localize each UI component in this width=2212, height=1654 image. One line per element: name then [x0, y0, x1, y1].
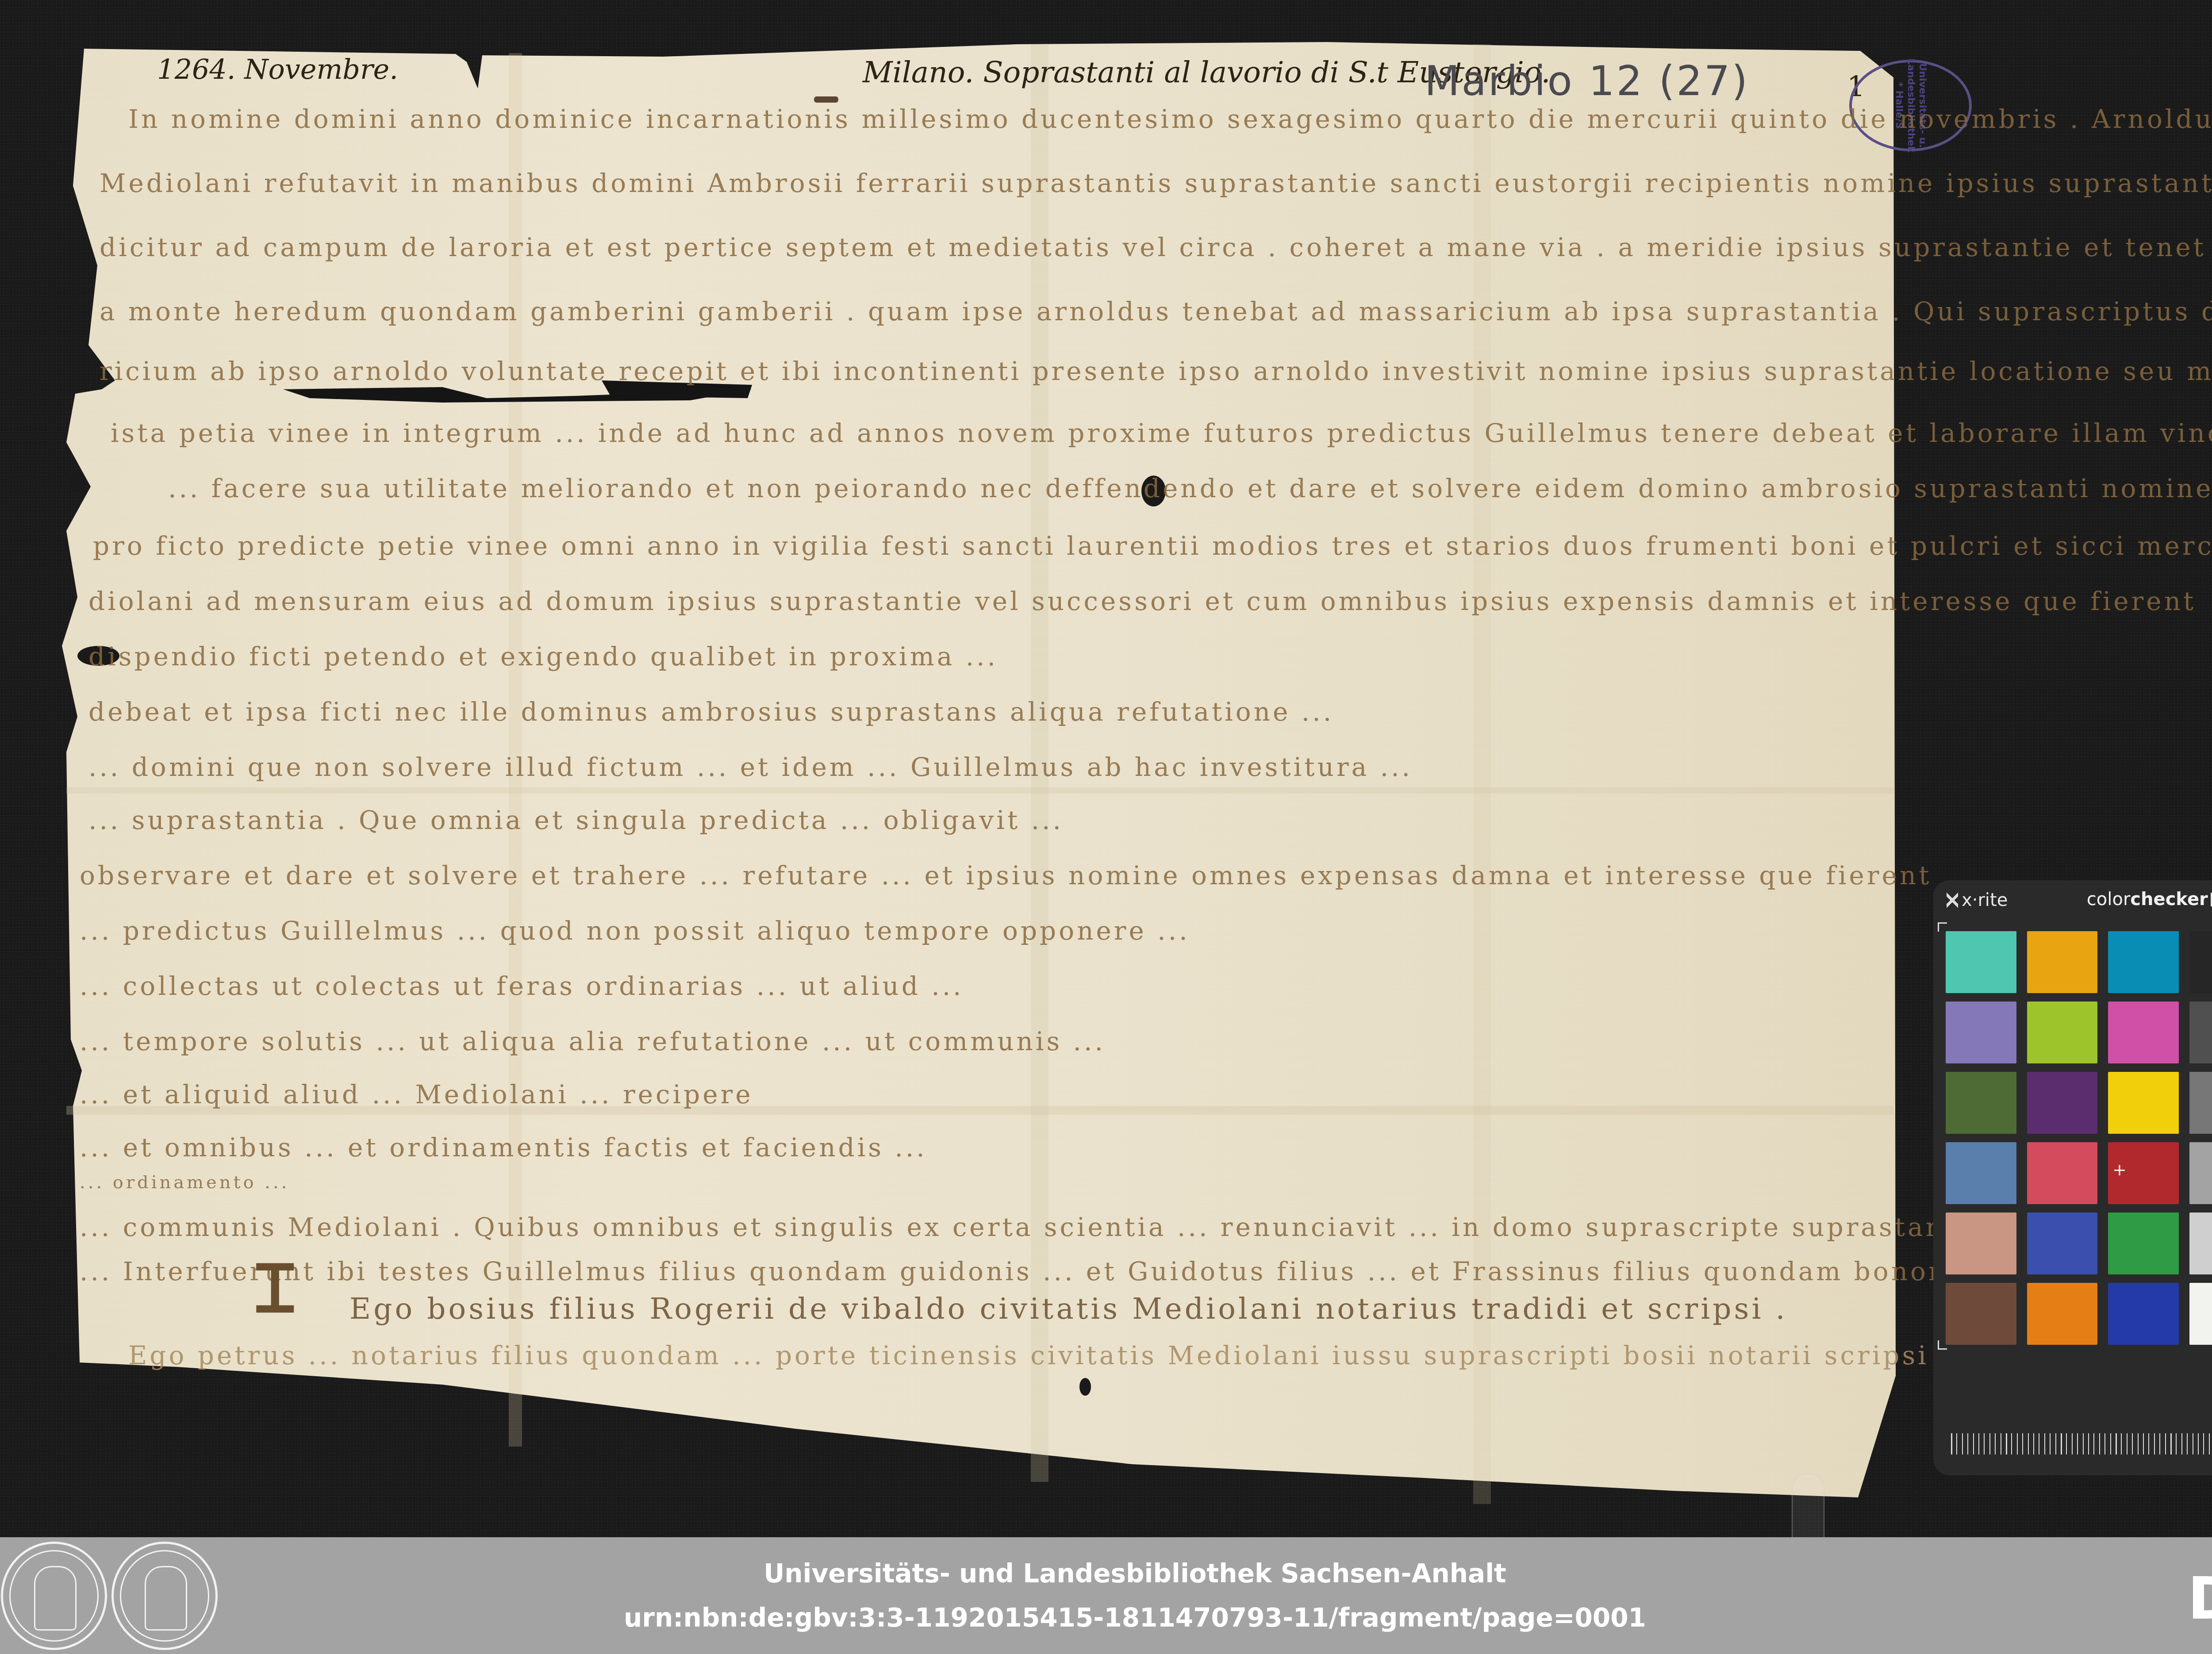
- swatch-dark-skin: [1946, 1283, 2016, 1345]
- swatch-neutral-3.5: [2189, 1002, 2212, 1063]
- university-seal-halle-icon: [1, 1542, 107, 1650]
- charter-line: ricium ab ipso arnoldo voluntate recepit…: [100, 356, 2212, 386]
- footer-bar: Universitäts- und Landesbibliothek Sachs…: [0, 1537, 2212, 1654]
- swatch-black: [2189, 931, 2212, 993]
- charter-line: ... domini que non solvere illud fictum …: [88, 752, 1413, 782]
- swatch-green: [2108, 1213, 2179, 1274]
- charter-line: ... Interfuerunt ibi testes Guillelmus f…: [80, 1256, 2212, 1286]
- charter-line: ... communis Mediolani . Quibus omnibus …: [80, 1212, 2212, 1242]
- title-bold: checker: [2130, 889, 2208, 910]
- archival-date-note: 1264. Novembre.: [157, 53, 398, 85]
- university-seal-wittenberg-icon: [111, 1542, 218, 1650]
- dfg-logo: DFG: [2188, 1565, 2212, 1633]
- notary-subscription: Ego bosius filius Rogerii de vibaldo civ…: [349, 1292, 1788, 1326]
- charter-line: ... collectas ut colectas ut feras ordin…: [80, 971, 964, 1001]
- charter-line: In nomine domini anno dominice incarnati…: [128, 104, 2212, 134]
- parchment-document: 1264. Novembre. Milano. Soprastanti al l…: [0, 0, 2212, 1537]
- swatch-magenta: [2108, 1002, 2179, 1063]
- charter-line: ... suprastantia . Que omnia et singula …: [88, 805, 1064, 835]
- xrite-logo: x·rite: [1947, 890, 2008, 910]
- swatch-blue-flower: [1946, 1002, 2016, 1063]
- charter-line: ... et omnibus ... et ordinamentis facti…: [80, 1132, 927, 1163]
- swatch-neutral-8: [2189, 1213, 2212, 1274]
- charter-line: observare et dare et solvere et trahere …: [80, 860, 1975, 890]
- crosshair-icon: +: [2112, 1161, 2127, 1178]
- transparent-clip: [1792, 1473, 1824, 1538]
- charter-line: diolani ad mensuram eius ad domum ipsius…: [88, 586, 2196, 616]
- charter-line: Mediolani refutavit in manibus domini Am…: [100, 168, 2212, 198]
- swatch-white: [2189, 1283, 2212, 1345]
- parchment-hole: [69, 473, 86, 491]
- swatch-blue-sky: [1946, 1142, 2016, 1204]
- swatch-light-skin: [1946, 1213, 2016, 1274]
- institution-name: Universitäts- und Landesbibliothek Sachs…: [0, 1558, 2212, 1589]
- swatch-neutral-6.5: [2189, 1142, 2212, 1204]
- swatch-yellow-green: [2027, 1002, 2098, 1063]
- shelfmark-note: Marbio 12 (27): [1425, 58, 1749, 105]
- swatch-foliage: [1946, 1072, 2016, 1134]
- charter-line: ... et aliquid aliud ... Mediolani ... r…: [80, 1079, 753, 1109]
- swatch-blue-primary: [2108, 1283, 2179, 1345]
- charter-line: ... predictus Guillelmus ... quod non po…: [80, 916, 1190, 946]
- swatch-grid: [1946, 931, 2212, 1345]
- mm-ruler: [1951, 1433, 2212, 1454]
- color-checker-card: x·rite colorcheckerCLASSIC + mm: [1933, 880, 2212, 1475]
- swatch-blue: [2027, 1213, 2098, 1274]
- charter-line: debeat et ipsa ficti nec ille dominus am…: [88, 697, 1334, 727]
- swatch-moderate-red: [2027, 1142, 2098, 1204]
- swatch-neutral-5: [2189, 1072, 2212, 1134]
- charter-line: ... ordinamento ...: [80, 1172, 289, 1193]
- charter-line: ... tempore solutis ... ut aliqua alia r…: [80, 1026, 1106, 1056]
- urn-identifier: urn:nbn:de:gbv:3:3-1192015415-1811470793…: [0, 1603, 2212, 1633]
- charter-line: pro ficto predicte petie vinee omni anno…: [93, 531, 2212, 561]
- title-light: color: [2087, 889, 2131, 910]
- swatch-yellow: [2108, 1072, 2179, 1134]
- notary-signum-icon: Ɪ: [257, 1241, 293, 1331]
- swatch-bluish-green: [1946, 931, 2016, 993]
- registration-corner-icon: [1938, 922, 1947, 932]
- charter-line: ... facere sua utilitate meliorando et n…: [168, 473, 2212, 503]
- xrite-x-icon: [1947, 893, 1958, 908]
- swatch-orange-yellow: [2027, 931, 2098, 993]
- charter-line: ista petia vinee in integrum ... inde ad…: [111, 418, 2212, 448]
- charter-line: dicitur ad campum de laroria et est pert…: [100, 232, 2212, 262]
- parchment-hole: [1079, 1378, 1091, 1396]
- xrite-brand-text: x·rite: [1962, 890, 2008, 910]
- swatch-cyan: [2108, 931, 2179, 993]
- swatch-purple: [2027, 1072, 2098, 1134]
- title-underline: [814, 96, 838, 103]
- charter-line: dispendio ficti petendo et exigendo qual…: [88, 641, 998, 672]
- swatch-orange: [2027, 1283, 2098, 1345]
- scribe-subscription: Ego petrus ... notarius filius quondam .…: [128, 1340, 1951, 1370]
- colorchecker-title: colorcheckerCLASSIC: [2087, 889, 2212, 910]
- charter-line: a monte heredum quondam gamberini gamber…: [100, 296, 2212, 326]
